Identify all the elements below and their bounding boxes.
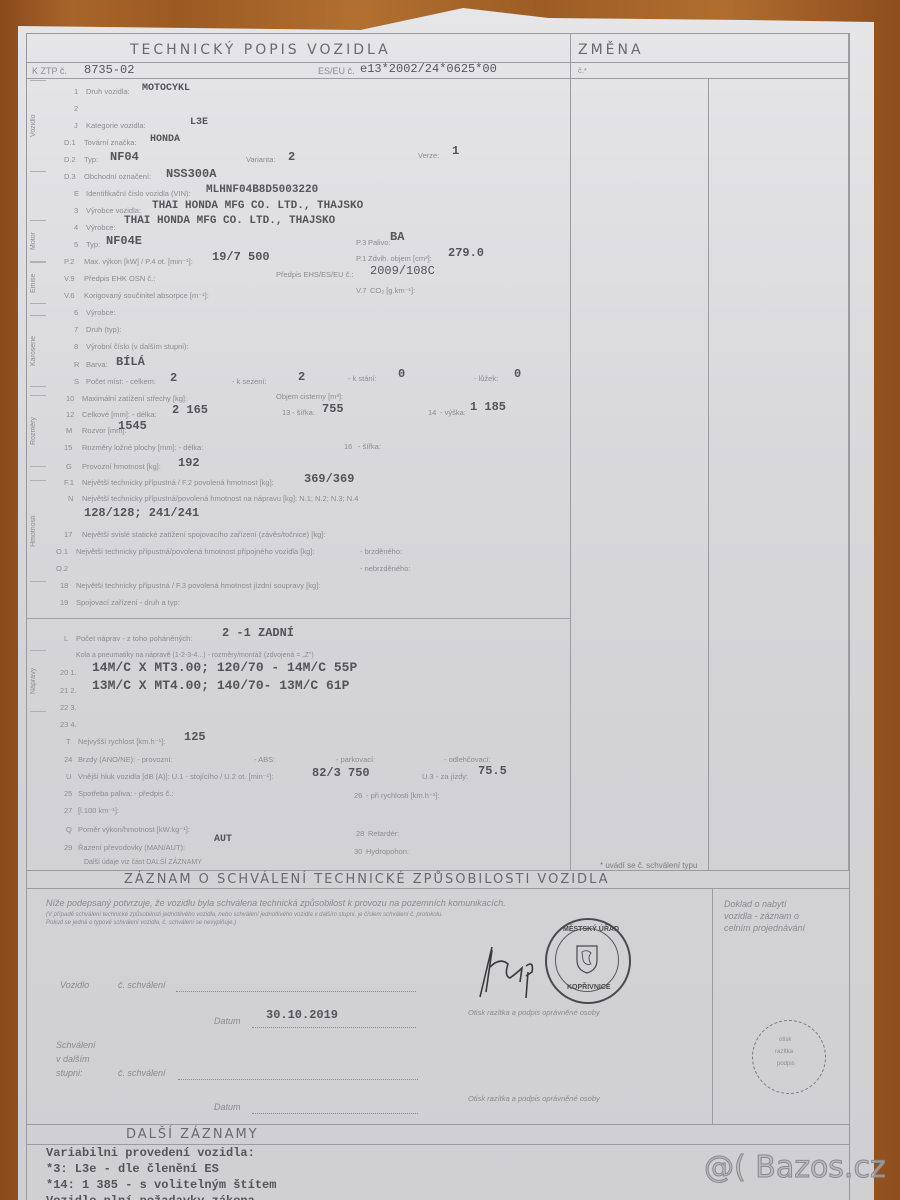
field-code: 29 xyxy=(64,843,72,852)
field-code: 19 xyxy=(60,598,68,607)
field-code: E xyxy=(74,189,79,198)
field-code: 28 xyxy=(356,829,364,838)
field-code: 18 xyxy=(60,581,68,590)
field-code: V.9 xyxy=(64,274,75,283)
divider xyxy=(27,78,849,79)
approval-note-1: (V případě schválení technické způsobilo… xyxy=(46,912,443,918)
divider xyxy=(27,1144,849,1145)
field-label-roof-load: Maximální zatížení střechy [kg]: xyxy=(82,394,187,403)
placeholder-text: otisk xyxy=(779,1037,791,1043)
field-value-category: L3E xyxy=(190,117,208,128)
field-code: 12 xyxy=(66,410,74,419)
field-value-vehicle-kind: MOTOCYKL xyxy=(142,83,190,94)
field-value-engine-type: NF04E xyxy=(106,234,142,248)
field-label-vin: Identifikační číslo vozidla (VIN): xyxy=(86,189,191,198)
change-title: ZMĚNA xyxy=(578,42,644,58)
field-label-fuel: Palivo: xyxy=(368,238,391,247)
field-label-cargo-width: - šířka: xyxy=(358,442,381,451)
stamp-placeholder: otisk razítka podpis xyxy=(752,1020,826,1094)
field-value-gearbox: AUT xyxy=(214,834,232,845)
field-code: 27 xyxy=(64,806,72,815)
field-label-engine-type: Typ: xyxy=(86,240,100,249)
field-label-body-manufacturer: Výrobce: xyxy=(86,308,116,317)
field-label-power-weight: Poměr výkon/hmotnost [kW.kg⁻¹]: xyxy=(78,825,190,834)
field-label-manufacturer: Výrobce: xyxy=(86,223,116,232)
footnote: * uvádí se č. schválení typu xyxy=(600,861,697,870)
field-code: 6 xyxy=(74,308,78,317)
field-code: 4 xyxy=(74,223,78,232)
field-value-width: 755 xyxy=(322,402,344,416)
ztp-value: 8735-02 xyxy=(84,63,134,77)
field-label-abs: - ABS: xyxy=(254,755,275,764)
signature-icon xyxy=(470,942,550,1002)
field-label-width: - šířka: xyxy=(292,408,315,417)
field-label-noise-driving: - za jízdy: xyxy=(436,772,468,781)
customs-side-note: Doklad o nabytí vozidla - záznam o celní… xyxy=(724,898,814,934)
field-value-vin: MLHNF04B8D5003220 xyxy=(206,184,318,196)
field-label-wheels-tyres: Kola a pneumatiky na nápravě (1-2-3-4...… xyxy=(76,652,314,659)
field-label-make: Tovární značka: xyxy=(84,138,137,147)
field-value-displacement: 279.0 xyxy=(448,246,484,260)
field-label-consumption-unit: [l.100 km⁻¹]: xyxy=(78,806,119,815)
next-stamp-caption: Otisk razítka a podpis oprávněné osoby xyxy=(468,1094,600,1103)
field-label-eu-reg: Předpis EHS/ES/EU č.: xyxy=(276,270,354,279)
additional-line: Variabilni provedení vozidla: xyxy=(46,1146,255,1160)
next-stage-label-2: v dalším xyxy=(56,1054,90,1064)
field-label-gearbox: Řazení převodovky (MAN/AUT): xyxy=(78,843,185,852)
field-value-seats-sitting: 2 xyxy=(298,370,305,384)
field-label-axle-weight: Největší technicky přípustná/povolená hm… xyxy=(82,494,358,503)
es-label: ES/EU č. xyxy=(318,66,355,76)
field-code: P.2 xyxy=(64,257,74,266)
field-code: U.3 xyxy=(422,772,434,781)
field-code: 10 xyxy=(66,394,74,403)
field-label-combination-weight: Největší technicky přípustná / F.3 povol… xyxy=(76,581,320,590)
field-value-height: 1 185 xyxy=(470,400,506,414)
additional-line: *3: L3e - dle členění ES xyxy=(46,1162,219,1176)
field-code: 25 xyxy=(64,789,72,798)
field-value-seats-total: 2 xyxy=(170,371,177,385)
field-code: L xyxy=(64,634,68,643)
es-value: e13*2002/24*0625*00 xyxy=(360,62,497,76)
approval-number-line xyxy=(176,990,416,992)
field-label-length: Celkové [mm]: - délka: xyxy=(82,410,157,419)
additional-line: Vozidlo plní požadavky zákona... xyxy=(46,1194,276,1200)
field-code: 16 xyxy=(344,442,352,451)
approval-title: ZÁZNAM O SCHVÁLENÍ TECHNICKÉ ZPŮSOBILOST… xyxy=(124,872,610,887)
field-code: 21 2. xyxy=(60,686,77,695)
approval-number-label: č. schválení xyxy=(118,980,166,990)
field-label-color: Barva: xyxy=(86,360,108,369)
field-label-unbraked: - nebrzděného: xyxy=(360,564,410,573)
field-code: T xyxy=(66,737,71,746)
field-label-hydraulic-drive: Hydropohon: xyxy=(366,847,409,856)
next-date-line xyxy=(252,1112,418,1114)
document-title: TECHNICKÝ POPIS VOZIDLA xyxy=(130,42,391,58)
form-frame xyxy=(26,33,850,1200)
field-value-axle-1-tyres: 14M/C X MT3.00; 120/70 - 14M/C 55P xyxy=(92,660,357,675)
field-label-serial: Výrobní číslo (v dalším stupni): xyxy=(86,342,189,351)
field-label-type: Typ: xyxy=(84,155,98,164)
section-label-axles: Nápravy xyxy=(30,650,46,712)
field-label-body-type: Druh (typ): xyxy=(86,325,121,334)
field-label-axles-count: Počet náprav - z toho poháněných: xyxy=(76,634,192,643)
field-label-max-speed: Nejvyšší rychlost [km.h⁻¹]: xyxy=(78,737,165,746)
stamp-text-top: MĚSTSKÝ ÚŘAD xyxy=(563,926,619,933)
field-code: 14 xyxy=(428,408,436,417)
field-code: U xyxy=(66,772,71,781)
field-label-height: - výška: xyxy=(440,408,466,417)
placeholder-text: razítka xyxy=(775,1049,793,1055)
field-value-vehicle-manufacturer: THAI HONDA MFG CO. LTD., THAJSKO xyxy=(152,200,363,212)
date-value: 30.10.2019 xyxy=(266,1008,338,1022)
divider xyxy=(27,1124,849,1125)
field-code: P.1 xyxy=(356,254,366,263)
field-code: 17 xyxy=(64,530,72,539)
field-code: V.7 xyxy=(356,286,367,295)
field-value-beds: 0 xyxy=(514,367,521,381)
field-label-parking-brake: - parkovací: xyxy=(336,755,375,764)
divider xyxy=(27,870,849,871)
field-code: 3 xyxy=(74,206,78,215)
field-value-manufacturer: THAI HONDA MFG CO. LTD., THAJSKO xyxy=(124,215,335,227)
field-code: F.1 xyxy=(64,478,74,487)
field-code: D.3 xyxy=(64,172,76,181)
additional-title: DALŠÍ ZÁZNAMY xyxy=(126,1127,259,1142)
field-value-operating-weight: 192 xyxy=(178,456,200,470)
field-code: N xyxy=(68,494,73,503)
field-label-operating-weight: Provozní hmotnost [kg]: xyxy=(82,462,161,471)
field-code: 8 xyxy=(74,342,78,351)
field-code: 7 xyxy=(74,325,78,334)
field-label-retarder-brake: - odlehčovací: xyxy=(444,755,491,764)
field-value-axles-count: 2 -1 ZADNÍ xyxy=(222,626,294,640)
field-code: Q xyxy=(66,825,72,834)
field-value-wheelbase: 1545 xyxy=(118,419,147,433)
field-label-trailer-weight: Největší technicky přípustná/povolená hm… xyxy=(76,547,314,556)
divider xyxy=(570,34,571,870)
next-stage-label-3: stupni: xyxy=(56,1068,83,1078)
section-label-engine: Motor xyxy=(30,220,46,262)
section-label-dimensions: Rozměry xyxy=(30,395,46,467)
field-code: D.2 xyxy=(64,155,76,164)
field-label-seats-standing: - k stání: xyxy=(348,374,377,383)
field-code: 30 xyxy=(354,847,362,856)
next-approval-number-label: č. schválení xyxy=(118,1068,166,1078)
section-label-weights: Hmotnosti xyxy=(30,480,46,582)
field-code: 20 1. xyxy=(60,668,77,677)
field-value-variant: 2 xyxy=(288,150,295,164)
field-label-trade-name: Obchodní označení: xyxy=(84,172,151,181)
field-code: D.1 xyxy=(64,138,76,147)
field-value-seats-standing: 0 xyxy=(398,367,405,381)
field-label-beds: - lůžek: xyxy=(474,374,498,383)
vehicle-label: Vozidlo xyxy=(60,980,89,990)
field-code: 13 xyxy=(282,408,290,417)
field-label-category: Kategorie vozidla: xyxy=(86,121,146,130)
field-value-noise: 82/3 750 xyxy=(312,766,370,780)
field-label-unece-reg: Předpis EHK OSN č.: xyxy=(84,274,155,283)
field-label-retarder: Retardér: xyxy=(368,829,399,838)
field-value-max-speed: 125 xyxy=(184,730,206,744)
field-code: O.2 xyxy=(56,564,68,573)
section-label-body: Karoserie xyxy=(30,315,46,387)
field-label-fuel-consumption: Spotřeba paliva: - předpis č.: xyxy=(78,789,173,798)
field-label-displacement: Zdvih. objem [cm³]: xyxy=(368,254,432,263)
stamp-text-bottom: KOPŘIVNICE xyxy=(567,984,611,991)
next-date-label: Datum xyxy=(214,1102,241,1112)
field-code: S xyxy=(74,377,79,386)
next-approval-number-line xyxy=(178,1078,418,1080)
date-label: Datum xyxy=(214,1016,241,1026)
field-code: O.1 xyxy=(56,547,68,556)
watermark: @( Bazos.cz xyxy=(704,1150,886,1185)
next-stage-label-1: Schválení xyxy=(56,1040,96,1050)
field-code: P.3 xyxy=(356,238,366,247)
field-label-brakes-service: Brzdy (ANO/NE): - provozní: xyxy=(78,755,173,764)
field-value-eu-reg: 2009/108C xyxy=(370,264,435,278)
field-code: 22 3. xyxy=(60,703,77,712)
official-stamp: MĚSTSKÝ ÚŘAD KOPŘIVNICE xyxy=(545,918,631,1004)
field-label-max-weight: Největší technicky přípustná / F.2 povol… xyxy=(82,478,274,487)
field-code: R xyxy=(74,360,79,369)
field-value-max-weight: 369/369 xyxy=(304,472,354,486)
field-label-braked: - brzděného: xyxy=(360,547,402,556)
field-value-length: 2 165 xyxy=(172,403,208,417)
additional-line: *14: 1 385 - s volitelným štítem xyxy=(46,1178,276,1192)
fold-crease xyxy=(27,618,571,619)
change-number-label: č.* xyxy=(578,66,587,75)
divider xyxy=(27,888,849,889)
divider xyxy=(848,34,849,870)
field-label-noise: Vnější hluk vozidla [dB (A)]: U.1 - stoj… xyxy=(78,772,273,781)
field-value-fuel: BA xyxy=(390,230,404,244)
field-code: 26 xyxy=(354,791,362,800)
field-label-coupling-load: Největší svislé statické zatížení spojov… xyxy=(82,530,325,539)
field-label-see-additional: Další údaje viz část DALŠÍ ZÁZNAMY xyxy=(84,859,202,866)
field-label-seats-sitting: - k sezení: xyxy=(232,377,267,386)
field-value-axle-weight: 128/128; 241/241 xyxy=(84,506,199,520)
coat-of-arms-icon xyxy=(575,944,599,974)
field-label-coupling-type: Spojovací zařízení - druh a typ: xyxy=(76,598,180,607)
field-code: 2 xyxy=(74,104,78,113)
field-code: V.6 xyxy=(64,291,75,300)
divider xyxy=(708,78,709,870)
divider xyxy=(712,888,713,1124)
field-label-power: Max. výkon [kW] / P.4 ot. [min⁻¹]: xyxy=(84,257,193,266)
section-label-emissions: Emise xyxy=(30,262,46,304)
field-label-seats-total: Počet míst: - celkem: xyxy=(86,377,156,386)
field-code: 5 xyxy=(74,240,78,249)
field-label-at-speed: - při rychlosti [km.h⁻¹]: xyxy=(366,791,440,800)
field-value-axle-2-tyres: 13M/C X MT4.00; 140/70- 13M/C 61P xyxy=(92,678,349,693)
placeholder-text: podpis xyxy=(777,1061,795,1067)
field-code: G xyxy=(66,462,72,471)
field-label-cargo-length: Rozměry ložné plochy [mm]: - délka: xyxy=(82,443,203,452)
field-label-co2: CO₂ [g.km⁻¹]: xyxy=(370,286,415,295)
approval-statement: Níže podepsaný potvrzuje, že vozidlu byl… xyxy=(46,898,506,908)
field-value-type: NF04 xyxy=(110,150,139,164)
ztp-label: K ZTP č. xyxy=(32,66,67,76)
field-value-trade-name: NSS300A xyxy=(166,167,216,181)
section-label-vehicle: Vozidlo xyxy=(30,80,46,172)
field-value-version: 1 xyxy=(452,144,459,158)
field-label-tank-volume: Objem cisterny [m³]: xyxy=(276,392,343,401)
field-label-variant: Varianta: xyxy=(246,155,275,164)
field-label-absorption: Korigovaný součinitel absorpce [m⁻¹]: xyxy=(84,291,209,300)
date-line xyxy=(252,1026,416,1028)
field-label-version: Verze: xyxy=(418,151,439,160)
field-code: 24 xyxy=(64,755,72,764)
field-code: 1 xyxy=(74,87,78,96)
field-label-vehicle-manufacturer: Výrobce vozidla: xyxy=(86,206,141,215)
field-code: 15 xyxy=(64,443,72,452)
field-code: J xyxy=(74,121,78,130)
stamp-caption: Otisk razítka a podpis oprávněné osoby xyxy=(468,1008,600,1017)
approval-note-2: Pokud se jedná o typové schválení vozidl… xyxy=(46,920,236,926)
field-value-noise-driving: 75.5 xyxy=(478,764,507,778)
field-value-power: 19/7 500 xyxy=(212,250,270,264)
field-code: 23 4. xyxy=(60,720,77,729)
field-value-color: BÍLÁ xyxy=(116,355,145,369)
field-label-vehicle-kind: Druh vozidla: xyxy=(86,87,130,96)
field-value-make: HONDA xyxy=(150,134,180,145)
field-code: M xyxy=(66,426,72,435)
